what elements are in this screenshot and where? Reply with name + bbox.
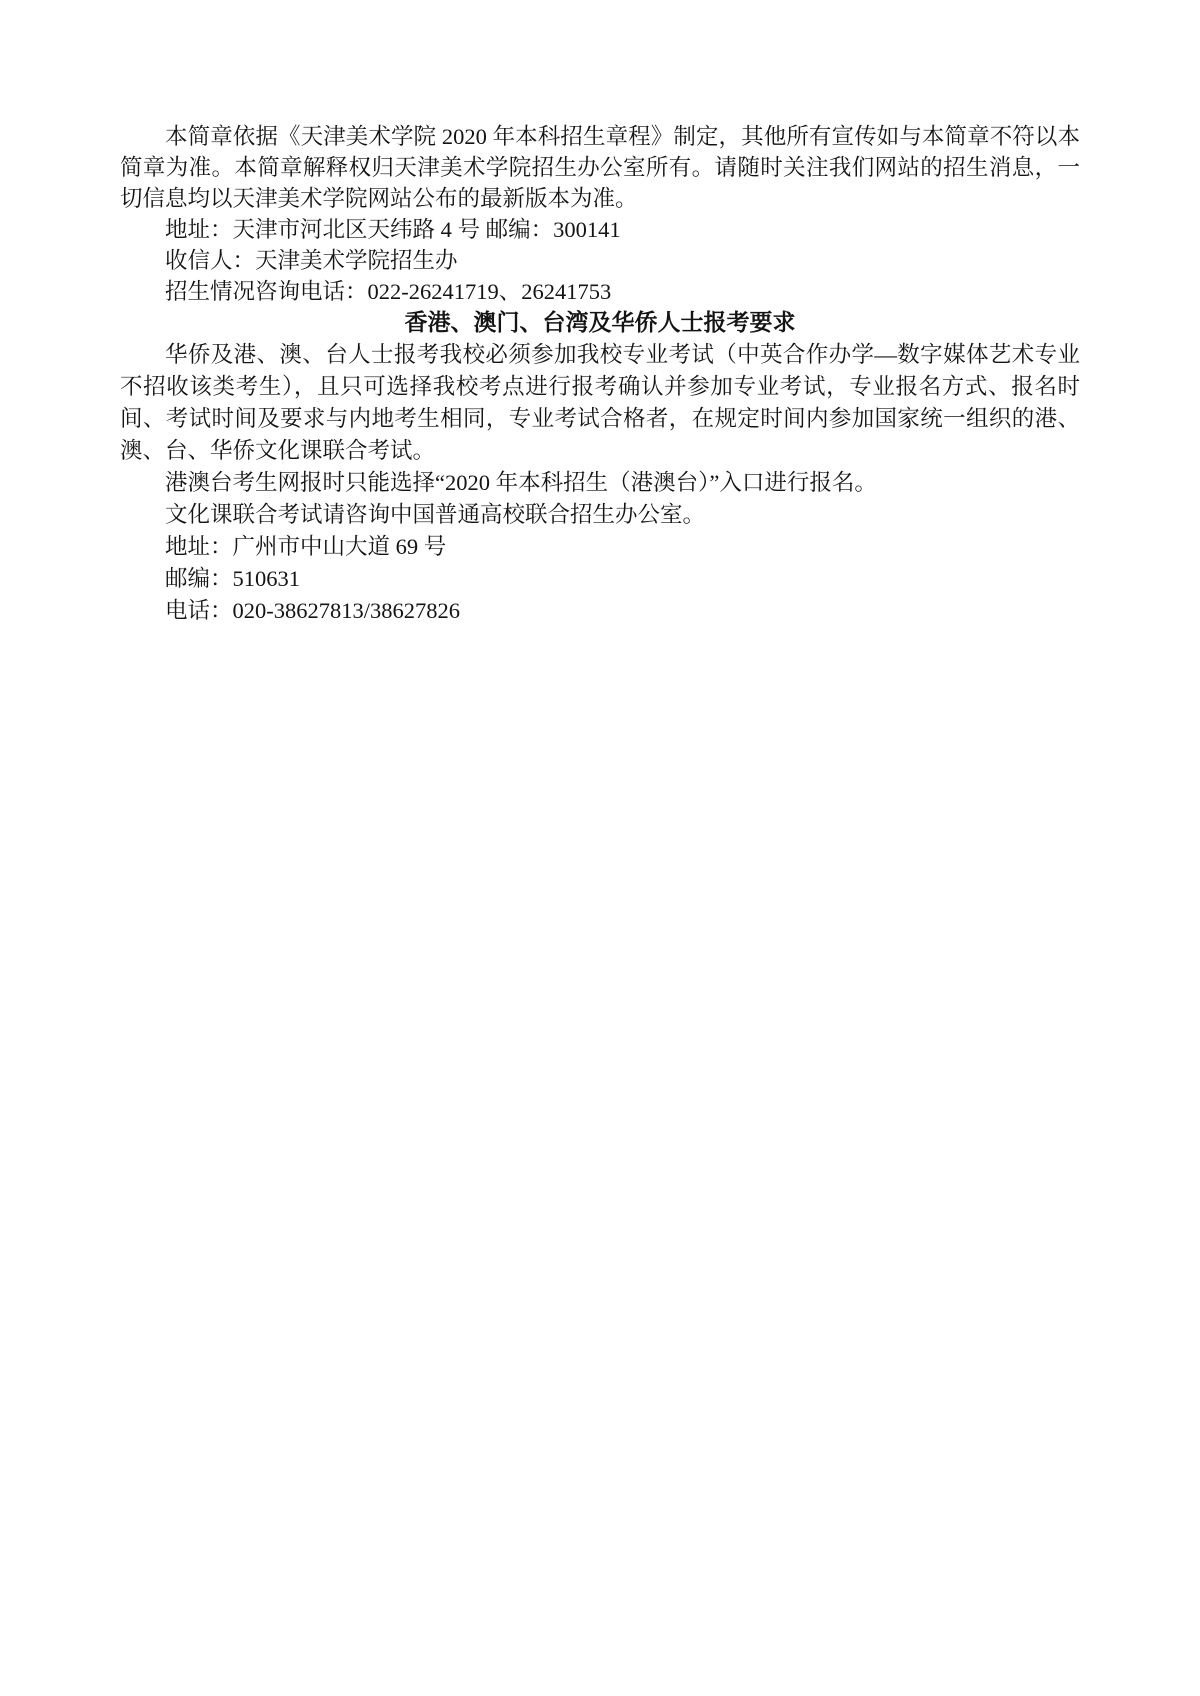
hmt-phone-line: 电话：020-38627813/38627826 — [120, 595, 1080, 627]
hmt-address-line: 地址：广州市中山大道 69 号 — [120, 531, 1080, 563]
hmt-postcode-line: 邮编：510631 — [120, 563, 1080, 595]
notice-section: 本简章依据《天津美术学院 2020 年本科招生章程》制定，其他所有宣传如与本简章… — [120, 121, 1080, 307]
notice-paragraph: 本简章依据《天津美术学院 2020 年本科招生章程》制定，其他所有宣传如与本简章… — [120, 121, 1080, 214]
hmt-section: 香港、澳门、台湾及华侨人士报考要求 华侨及港、澳、台人士报考我校必须参加我校专业… — [120, 307, 1080, 627]
hmt-section-heading: 香港、澳门、台湾及华侨人士报考要求 — [120, 307, 1080, 339]
page-content: 本简章依据《天津美术学院 2020 年本科招生章程》制定，其他所有宣传如与本简章… — [120, 121, 1080, 627]
notice-recipient-line: 收信人：天津美术学院招生办 — [120, 245, 1080, 276]
hmt-main-paragraph: 华侨及港、澳、台人士报考我校必须参加我校专业考试（中英合作办学—数字媒体艺术专业… — [120, 339, 1080, 467]
notice-address-line: 地址：天津市河北区天纬路 4 号 邮编：300141 — [120, 214, 1080, 245]
hmt-culture-exam-line: 文化课联合考试请咨询中国普通高校联合招生办公室。 — [120, 499, 1080, 531]
notice-phone-line: 招生情况咨询电话：022-26241719、26241753 — [120, 276, 1080, 307]
hmt-portal-line: 港澳台考生网报时只能选择“2020 年本科招生（港澳台）”入口进行报名。 — [120, 467, 1080, 499]
document-page: 本简章依据《天津美术学院 2020 年本科招生章程》制定，其他所有宣传如与本简章… — [0, 0, 1200, 1696]
